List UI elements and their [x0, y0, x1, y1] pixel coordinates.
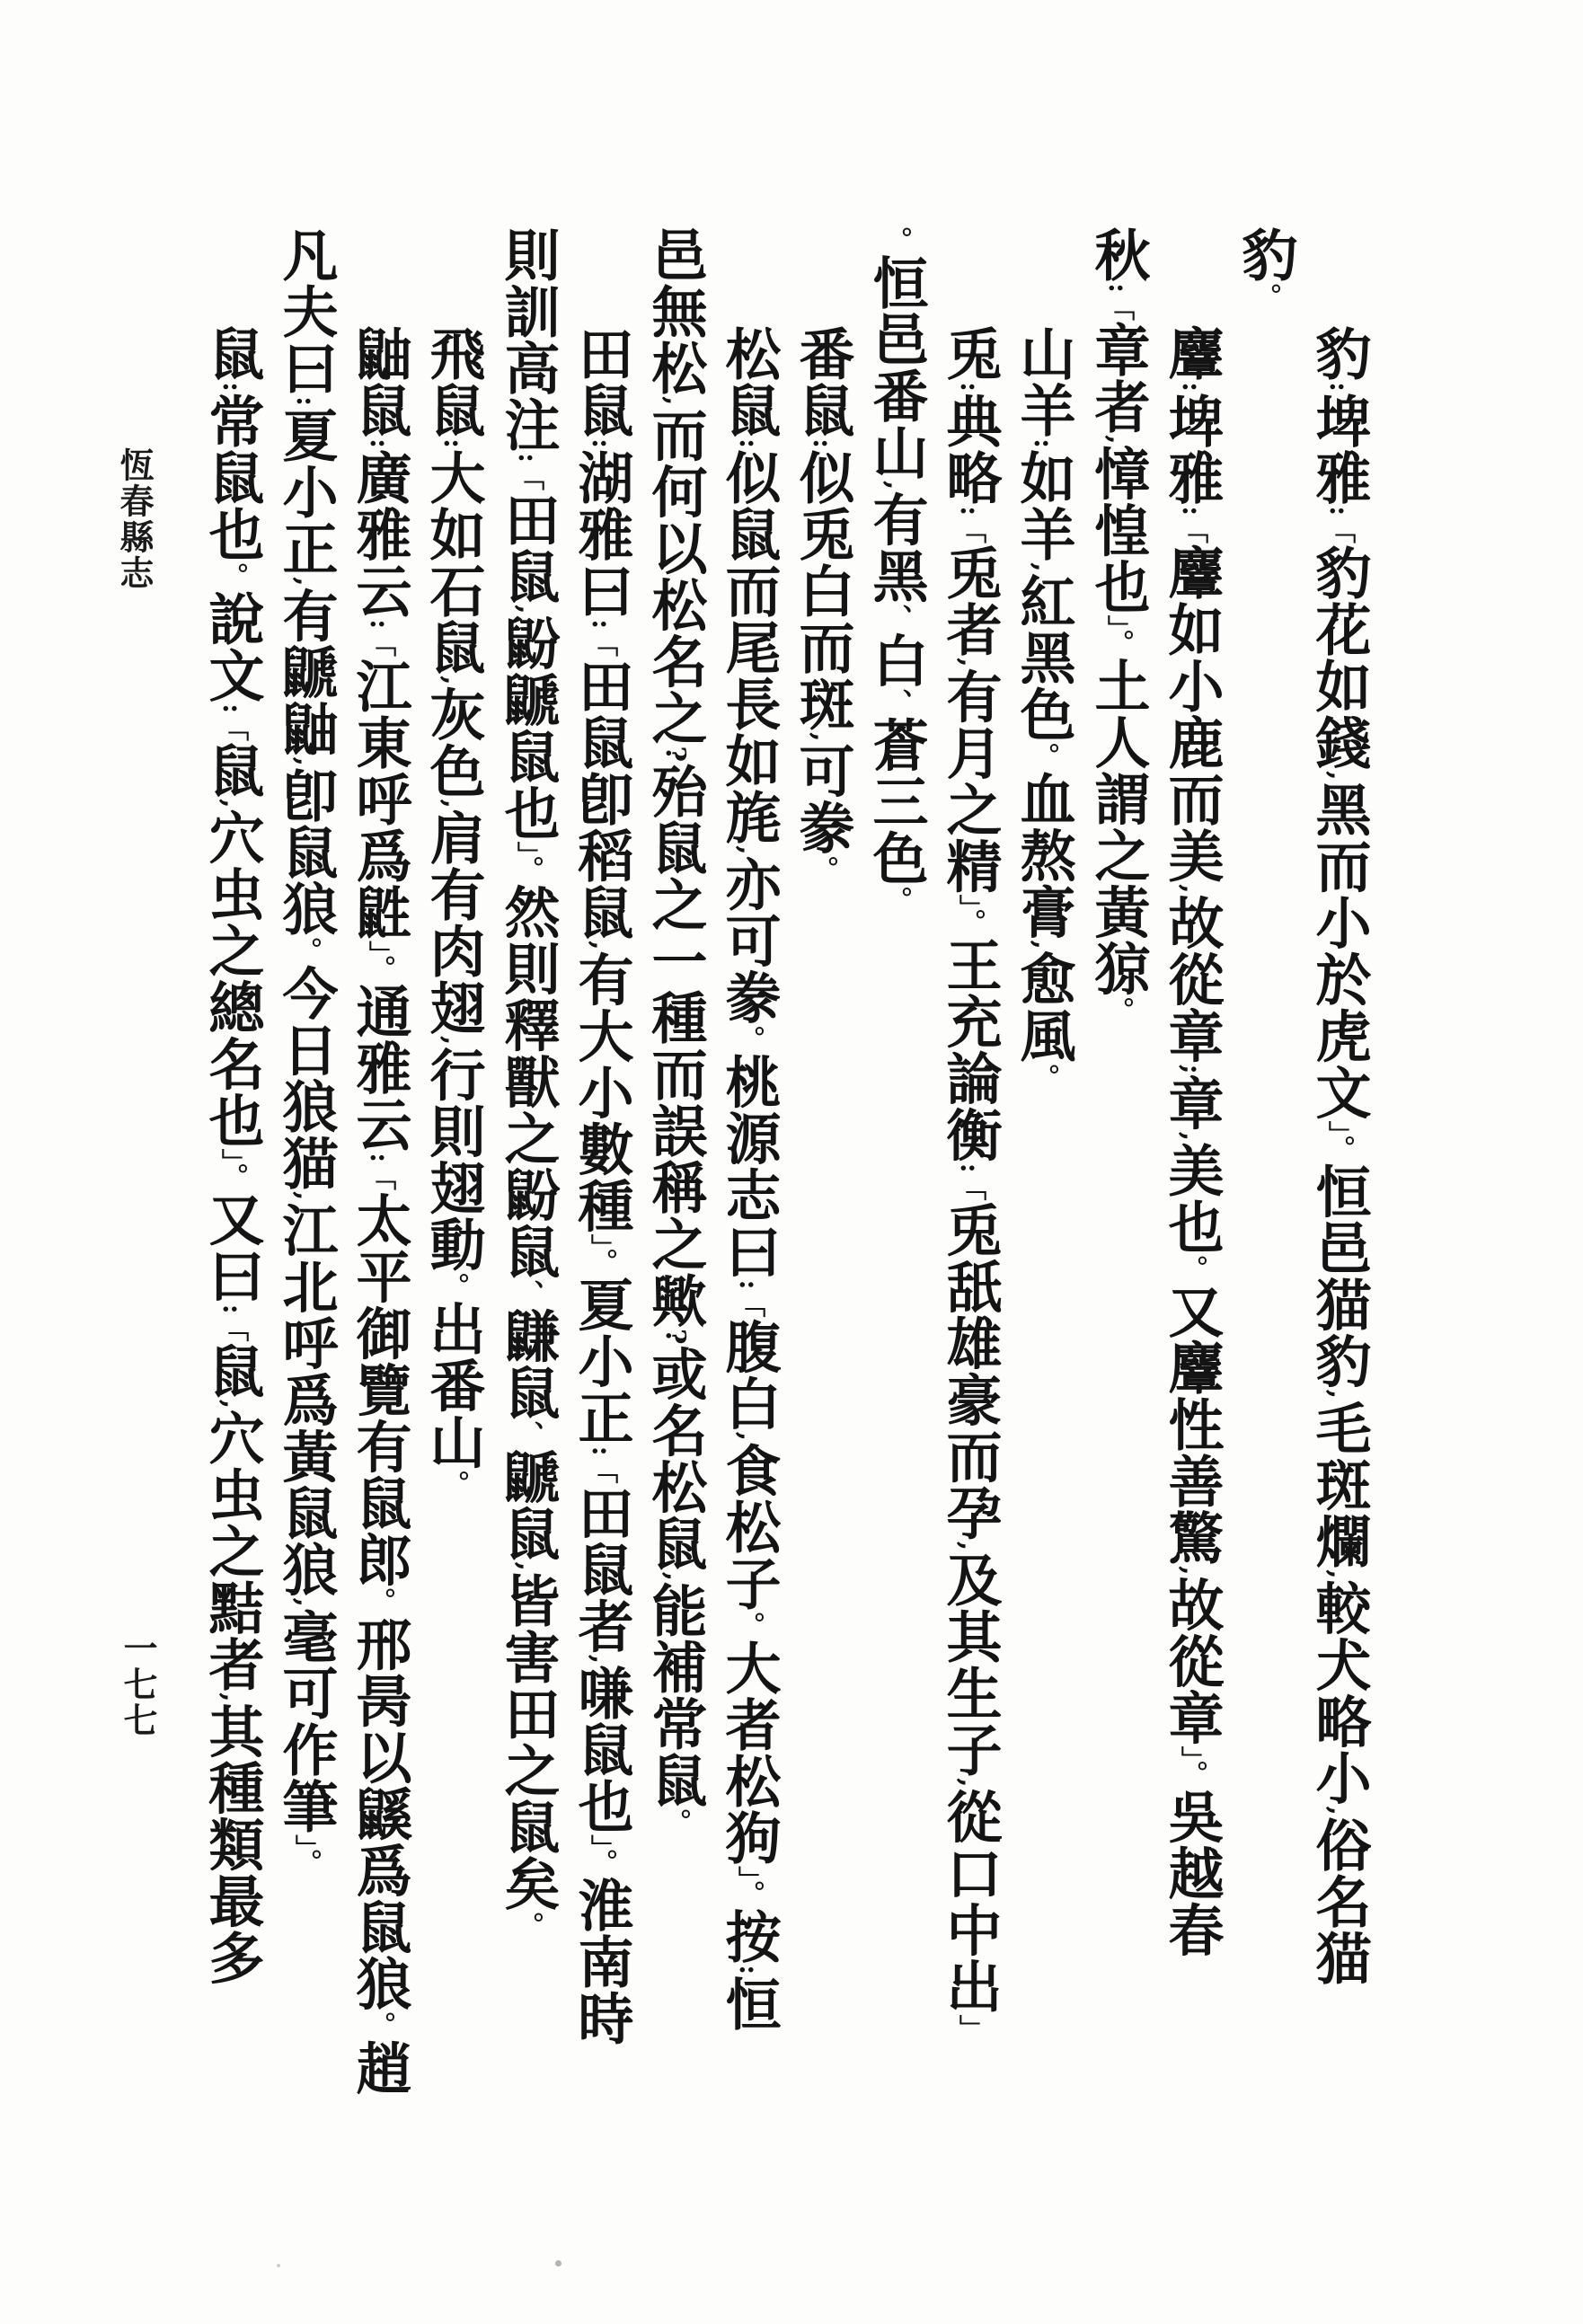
punctuation: , [1176, 884, 1207, 894]
punctuation: : [1176, 506, 1207, 517]
punctuation: 」 [1323, 1121, 1355, 1135]
punctuation: , [1028, 562, 1059, 572]
punctuation: : [290, 396, 322, 407]
entry-column: 番鼠:似兎白而斑,可豢。 [785, 325, 859, 884]
punctuation: : [807, 438, 838, 449]
punctuation: : [1102, 283, 1134, 294]
punctuation: 、 [880, 688, 912, 716]
punctuation: : [512, 453, 544, 464]
entry-column: 豹:埤雅:「豹花如錢,黑而小於虎文」。恒邑猫豹,毛斑爛,較犬略小,俗名猫 [1302, 325, 1375, 1986]
punctuation: , [1176, 1132, 1207, 1142]
punctuation: 、 [512, 1421, 544, 1449]
punctuation: 「 [1102, 294, 1134, 322]
punctuation: , [733, 845, 765, 855]
punctuation: , [512, 1562, 544, 1572]
punctuation: : [733, 438, 765, 449]
punctuation: 。 [880, 886, 912, 914]
punctuation: 「 [733, 1291, 765, 1319]
punctuation: 「 [217, 1315, 248, 1343]
punctuation: 。 [1323, 1135, 1355, 1163]
punctuation: , [807, 732, 838, 742]
punctuation: 、 [512, 1280, 544, 1308]
punctuation: : [586, 619, 617, 630]
punctuation: : [217, 703, 248, 714]
punctuation: 。 [364, 955, 395, 983]
punctuation: 」 [586, 1834, 617, 1849]
punctuation: 」 [586, 1234, 617, 1249]
entry-column: 鼠:常鼠也。說文:「鼠,穴虫之總名也」。又曰:「鼠,穴虫之黠者,其種類最多 [195, 325, 269, 1986]
punctuation: 「 [364, 1163, 395, 1191]
punctuation: 。 [290, 937, 322, 965]
punctuation: , [217, 1400, 248, 1409]
punctuation: , [290, 1597, 322, 1607]
scan-speck [555, 2260, 562, 2267]
punctuation: : [586, 1446, 617, 1457]
page-number: 一七七 [117, 1630, 158, 1738]
punctuation: : [733, 1965, 765, 1975]
entry-column: 兎:典略:「兎者,有月之精」。王充論衡:「兎舐雄豪而孕,及其生子,從口中出」 [933, 325, 1006, 2043]
punctuation: 。 [733, 1880, 765, 1908]
punctuation: 。 [290, 1849, 322, 1877]
punctuation: : [1028, 438, 1059, 449]
punctuation: 」 [217, 1149, 248, 1163]
entry-column: 麞:埤雅:「麞如小鹿而美,故從章;章,美也。又麞性善驚,故從章」。吳越春 [1154, 325, 1228, 1958]
punctuation: : [364, 438, 395, 449]
entry-column: 松鼠:似鼠而尾長如旄,亦可豢。桃源志曰:「腹白,食松子。大者松狗」。按:恒 [712, 325, 785, 2032]
punctuation: ; [1176, 1065, 1207, 1075]
punctuation: 「 [954, 1174, 986, 1202]
entry-column: 鼬鼠:廣雅云:「江東呼爲鼪」。通雅云:「太平御覽有鼠郎。邢昺以鼷爲鼠狼。趙 [342, 325, 416, 2096]
punctuation: 」 [290, 1834, 322, 1849]
scan-speck [277, 2264, 280, 2267]
punctuation: ? [659, 1329, 691, 1346]
punctuation: , [438, 800, 469, 809]
punctuation: , [586, 941, 617, 950]
punctuation: : [1323, 382, 1355, 393]
punctuation: 。 [364, 1587, 395, 1615]
punctuation: : [1176, 382, 1207, 393]
scanned-page: 恆春縣志 一七七 豹:埤雅:「豹花如錢,黑而小於虎文」。恒邑猫豹,毛斑爛,較犬略… [0, 0, 1583, 2324]
punctuation: , [659, 396, 691, 406]
punctuation: 。 [1250, 283, 1281, 311]
punctuation: 「 [1176, 517, 1207, 544]
punctuation: 。 [1176, 1255, 1207, 1283]
punctuation: , [438, 676, 469, 685]
punctuation: 「 [954, 517, 986, 544]
punctuation: 」 [1176, 1746, 1207, 1761]
book-margin-title: 恆春縣志 [113, 447, 155, 591]
continuation-column: 則訓高注:「田鼠,鼢鼶鼠也」。然則釋獸之鼢鼠、鼸鼠、鼶鼠,皆害田之鼠矣。 [491, 226, 564, 1940]
punctuation: : [364, 1153, 395, 1163]
punctuation: 。 [1028, 743, 1059, 771]
punctuation: 。 [217, 1163, 248, 1191]
punctuation: , [880, 481, 912, 490]
punctuation: 」 [512, 842, 544, 856]
punctuation: : [438, 438, 469, 449]
punctuation: 。 [807, 856, 838, 884]
punctuation: , [1028, 941, 1059, 950]
punctuation: 。 [217, 562, 248, 590]
punctuation: , [1102, 435, 1134, 445]
punctuation: : [364, 619, 395, 630]
entry-column: 田鼠:湖雅曰:「田鼠卽稻鼠,有大小數種」。夏小正:「田鼠者,嗛鼠也」。淮南時 [564, 325, 638, 2046]
punctuation: , [954, 1778, 986, 1788]
punctuation: : [1323, 506, 1355, 517]
punctuation: 。 [1102, 630, 1134, 658]
punctuation: 。 [733, 1026, 765, 1054]
punctuation: : [586, 438, 617, 449]
punctuation: , [1323, 1807, 1355, 1816]
punctuation: 。 [1028, 1064, 1059, 1091]
punctuation: 「 [217, 714, 248, 742]
punctuation: 「 [364, 630, 395, 658]
punctuation: 。 [659, 1808, 691, 1836]
punctuation: 。 [512, 1912, 544, 1940]
punctuation: , [438, 1036, 469, 1046]
punctuation: 。 [438, 1470, 469, 1498]
punctuation: , [1323, 1569, 1355, 1579]
punctuation: : [954, 1163, 986, 1174]
punctuation: 。 [1102, 997, 1134, 1025]
punctuation: 。 [364, 2011, 395, 2039]
punctuation: 。 [438, 1272, 469, 1300]
entry-column: 山羊:如羊,紅黑色。血熬膏,愈風。 [1006, 325, 1080, 1091]
punctuation: 。 [954, 909, 986, 937]
punctuation: 「 [512, 464, 544, 491]
punctuation: : [733, 1280, 765, 1291]
punctuation: , [290, 757, 322, 767]
punctuation: , [1323, 771, 1355, 781]
punctuation: , [733, 1432, 765, 1442]
punctuation: : [217, 382, 248, 393]
punctuation: , [217, 799, 248, 809]
entry-column: 飛鼠:大如石鼠,灰色,肩有肉翅,行則翅動。出番山。 [416, 325, 490, 1498]
punctuation: , [512, 605, 544, 614]
punctuation: 」 [1102, 615, 1134, 630]
continuation-column: 秋:「章者,慞惶也」。土人謂之黃猄。 [1081, 226, 1154, 1025]
punctuation: : [217, 1304, 248, 1315]
continuation-column: 凡夫曰:夏小正,有鼶鼬,卽鼠狼。今日狼猫,江北呼爲黃鼠狼,毫可作筆」。 [269, 226, 342, 1877]
punctuation: : [954, 382, 986, 393]
punctuation: , [1323, 1390, 1355, 1400]
punctuation: , [217, 1692, 248, 1702]
punctuation: 」 [954, 2015, 986, 2043]
punctuation: 「 [586, 1457, 617, 1485]
punctuation: 「 [1323, 517, 1355, 544]
punctuation: 「 [586, 630, 617, 658]
punctuation: 。 [586, 1849, 617, 1877]
punctuation: , [1176, 1566, 1207, 1576]
punctuation: 。 [1176, 1761, 1207, 1789]
punctuation: , [954, 1542, 986, 1551]
punctuation: 」 [364, 941, 395, 955]
punctuation: 。 [512, 856, 544, 884]
punctuation: , [586, 1655, 617, 1665]
punctuation: 。 [733, 1612, 765, 1639]
punctuation: 」 [733, 1866, 765, 1880]
punctuation: 」 [954, 895, 986, 909]
punctuation: 。 [880, 226, 912, 254]
continuation-column: 豹。 [1228, 226, 1302, 311]
continuation-column: 。恒邑番山,有黑、白、蒼三色。 [859, 226, 933, 914]
punctuation: , [290, 1191, 322, 1201]
punctuation: : [954, 506, 986, 517]
punctuation: 、 [880, 604, 912, 632]
punctuation: , [954, 658, 986, 667]
punctuation: , [290, 577, 322, 587]
punctuation: , [659, 1572, 691, 1582]
continuation-column: 邑無松,而何以松名之?殆鼠之一種而誤稱之歟?或名松鼠,能補常鼠。 [638, 226, 712, 1836]
punctuation: ? [659, 746, 691, 763]
punctuation: 。 [586, 1249, 617, 1277]
